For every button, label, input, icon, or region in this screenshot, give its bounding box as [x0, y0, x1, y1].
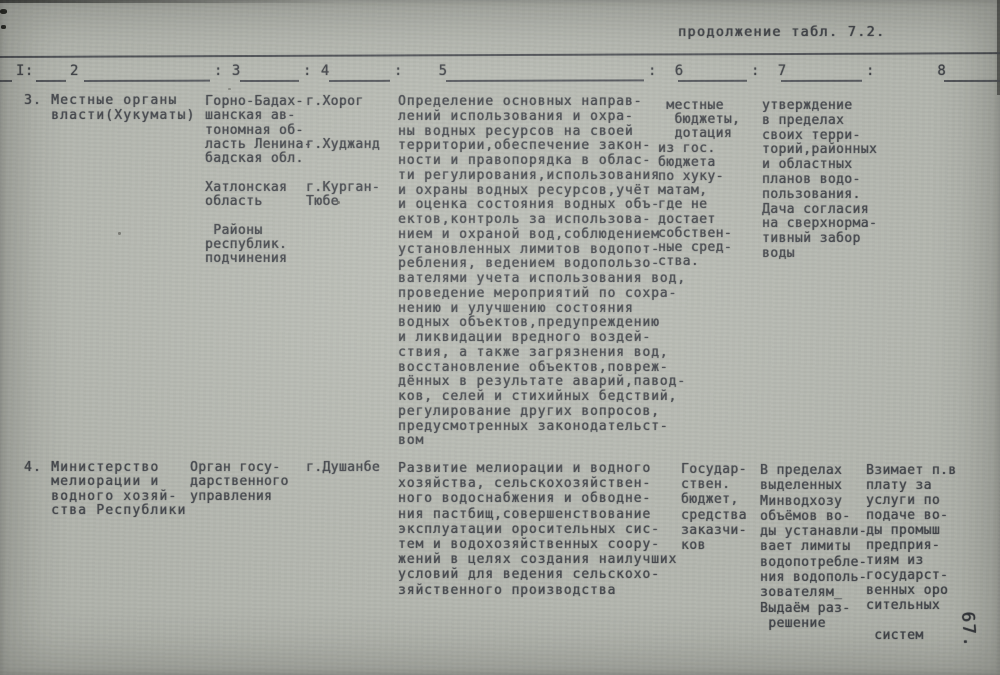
header-col-4: : 4 [303, 63, 330, 79]
header-col-7: : 7 [751, 63, 787, 79]
row4-organization: 4. Министерство мелиорации и водного хоз… [24, 461, 186, 518]
header-col-8: : 8 [866, 63, 946, 79]
row4-powers: В пределах выделенных Минводхозу объёмов… [760, 463, 867, 631]
row4-functions: Развитие мелиорации и водного хозяйства,… [398, 461, 677, 598]
table-rule-top [0, 52, 1000, 58]
row4-services: Взимает п.в плату за услуги по подаче во… [866, 463, 957, 643]
header-col-1: I: [16, 63, 34, 79]
header-col-6: : 6 [648, 63, 684, 79]
row4-location: г.Душанбе [306, 461, 380, 476]
header-underline-segment [240, 80, 299, 82]
header-underline-segment [781, 80, 862, 82]
row3-funding: местные бюджеты, дотация из гос. бюджета… [658, 99, 740, 269]
header-col-3: : 3 [214, 63, 241, 79]
scan-speck [228, 88, 231, 90]
page-number: 67. [957, 611, 980, 649]
scan-speck [0, 9, 7, 14]
header-underline-segment [84, 80, 210, 82]
scanned-document-page: продолжение табл. 7.2. I: 2 : 3 : 4 : 5 … [0, 0, 1000, 675]
row4-structure: Орган госу- дарственного управления [190, 461, 289, 504]
header-underline-segment [446, 79, 644, 81]
header-underline-segment [36, 80, 66, 82]
header-underline-segment [678, 80, 747, 82]
row3-functions: Определение основных направ- лений испол… [398, 95, 686, 449]
header-underline-segment [944, 80, 1000, 82]
header-underline-segment [329, 80, 390, 82]
scan-edge-shadow-top [0, 0, 340, 3]
table-continuation-caption: продолжение табл. 7.2. [678, 24, 885, 40]
row3-location: г.Хорог г.Худжанд г.Курган- Тюбе [306, 95, 380, 209]
row3-powers: утверждение в пределах своих терри- тори… [762, 99, 877, 262]
header-col-2: 2 [70, 63, 79, 79]
header-underline-segment [0, 80, 12, 82]
row3-structure: Горно-Бадах- шанская ав- тономная об- ла… [205, 95, 312, 267]
header-col-5: : 5 [394, 63, 448, 79]
scan-speck [1, 25, 6, 29]
scan-speck [118, 232, 121, 235]
row4-funding: Государ- ствен. бюджет, средства заказчи… [681, 462, 747, 553]
row3-organization: 3. Местные органы власти(Хукуматы) [24, 94, 196, 123]
